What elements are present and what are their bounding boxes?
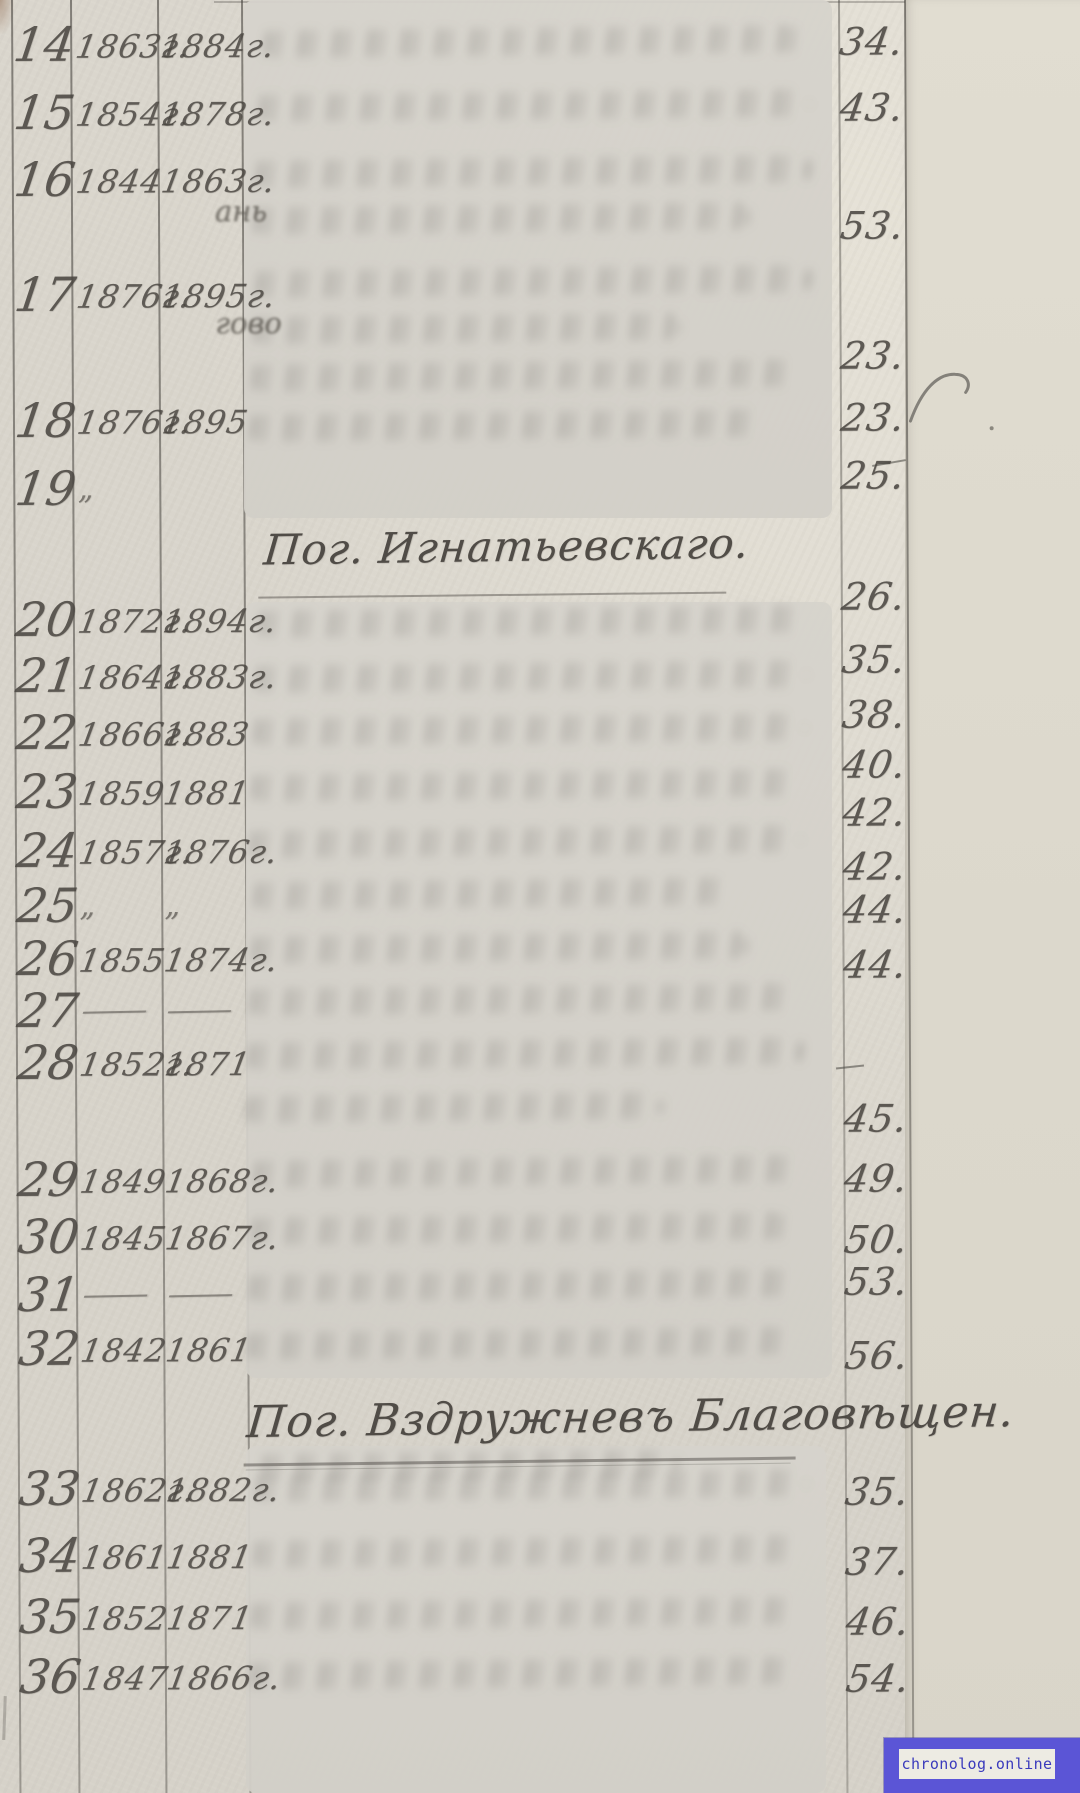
- age-value: 53.: [842, 1263, 911, 1301]
- age-value: 45.: [841, 1100, 910, 1138]
- year-column-2: 1894г.: [161, 605, 280, 637]
- section-header-ignatyevskago: Пог. Игнатьевскаго.: [262, 523, 751, 572]
- age-value: 53.: [838, 207, 907, 245]
- year-column-2: 1868г.: [163, 1165, 282, 1197]
- row-number: 16: [11, 157, 75, 204]
- age-value: 34.: [837, 23, 906, 61]
- age-value: 49.: [842, 1160, 911, 1198]
- watermark-text: chronolog.online: [899, 1749, 1055, 1779]
- row-number: 31: [16, 1272, 80, 1319]
- age-value: 42.: [840, 848, 909, 886]
- year-column-1: 1849: [78, 1165, 169, 1197]
- age-value: 37.: [843, 1543, 912, 1581]
- age-value: 56.: [842, 1337, 911, 1375]
- year-column-2: „: [164, 891, 180, 921]
- row-number: 30: [16, 1214, 80, 1261]
- row-number: 32: [16, 1326, 80, 1373]
- year-column-1: 1842: [78, 1334, 169, 1366]
- year-column-2: 1866г.: [165, 1662, 284, 1694]
- pencil-dot: [990, 426, 994, 430]
- handwriting-layer: Пог. Игнатьевскаго. Пог. Вздружневъ Благ…: [0, 0, 1080, 1793]
- year-column-2: 1883: [161, 718, 252, 750]
- checkmark-annotation: [904, 362, 984, 448]
- age-value: 23.: [838, 337, 907, 375]
- name-edge-fragment: ань: [215, 197, 267, 226]
- age-value: 25.: [839, 457, 908, 495]
- year-column-2: 1881: [161, 777, 252, 809]
- year-column-1: 1844: [74, 165, 165, 197]
- year-column-1: —: [79, 995, 150, 1026]
- year-column-1: —: [80, 1279, 151, 1310]
- row-number: 21: [13, 653, 77, 700]
- year-column-1: „: [78, 475, 94, 505]
- year-column-1: „: [79, 892, 95, 922]
- year-column-2: 1883г.: [161, 661, 280, 693]
- row-number: 15: [11, 90, 75, 137]
- age-value: 35.: [840, 641, 909, 679]
- year-column-1: 1852: [79, 1602, 170, 1634]
- year-column-2: 1884г.: [158, 30, 277, 62]
- year-column-2: 1895: [160, 406, 251, 438]
- year-column-2: 1871: [162, 1048, 253, 1080]
- year-column-2: 1863г.: [159, 165, 278, 197]
- age-value: 46.: [843, 1603, 912, 1641]
- age-value: 35.: [843, 1473, 912, 1511]
- section-header-vzdruzhnev: Пог. Вздружневъ Благовѣщен.: [245, 1390, 1016, 1445]
- age-value: 44.: [841, 891, 910, 929]
- age-value: 42.: [840, 794, 909, 832]
- row-number: 18: [12, 398, 76, 445]
- row-number: 17: [12, 272, 76, 319]
- year-column-2: 1871: [164, 1602, 255, 1634]
- age-value: 54.: [844, 1660, 913, 1698]
- year-column-2: —: [164, 995, 235, 1026]
- year-column-1: 1847: [80, 1662, 171, 1694]
- row-number: 23: [14, 769, 78, 816]
- year-column-2: 1874г.: [162, 944, 281, 976]
- age-value: 38.: [840, 696, 909, 734]
- row-number: 14: [11, 22, 75, 69]
- year-column-1: 1859: [76, 777, 167, 809]
- row-number: 35: [17, 1594, 81, 1641]
- row-number: 28: [15, 1040, 79, 1087]
- row-number: 33: [17, 1466, 81, 1513]
- row-number: 36: [17, 1654, 81, 1701]
- row-number: 19: [13, 466, 77, 513]
- year-column-2: 1882г.: [164, 1474, 283, 1506]
- row-number: 27: [15, 988, 79, 1035]
- row-number: 22: [14, 710, 78, 757]
- year-column-2: 1861: [163, 1334, 254, 1366]
- watermark-badge: chronolog.online: [884, 1738, 1080, 1793]
- row-number: 24: [14, 828, 78, 875]
- year-column-1: 1845: [78, 1222, 169, 1254]
- name-edge-fragment: гово: [215, 309, 282, 338]
- row-number: 34: [17, 1533, 81, 1580]
- age-value: 23.: [839, 399, 908, 437]
- year-column-2: 1867г.: [163, 1222, 282, 1254]
- year-column-2: —: [165, 1279, 236, 1310]
- scanned-register-page: Пог. Игнатьевскаго. Пог. Вздружневъ Благ…: [0, 0, 1080, 1793]
- row-number: 20: [13, 597, 77, 644]
- year-column-2: 1876г.: [162, 836, 281, 868]
- age-value: 43.: [837, 89, 906, 127]
- year-column-1: 1861: [79, 1541, 170, 1573]
- row-number: 26: [14, 936, 78, 983]
- year-column-1: 1855: [77, 944, 168, 976]
- row-number: 25: [14, 883, 78, 930]
- age-value: 50.: [842, 1221, 911, 1259]
- age-value: 40.: [840, 746, 909, 784]
- year-column-2: 1878г.: [159, 98, 278, 130]
- year-column-2: 1881: [164, 1541, 255, 1573]
- header-underline: [258, 592, 726, 599]
- row-number: 29: [15, 1157, 79, 1204]
- age-value: 26.: [839, 578, 908, 616]
- age-value: 44.: [841, 946, 910, 984]
